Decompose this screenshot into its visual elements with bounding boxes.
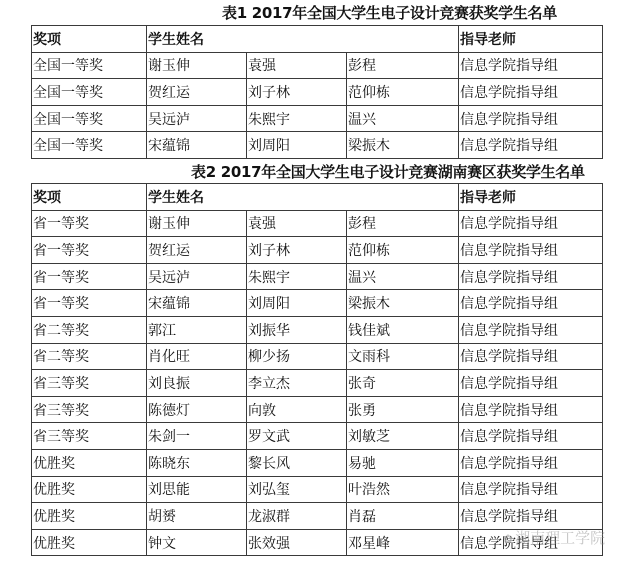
cell-student: 钟文 bbox=[147, 529, 247, 556]
table-row: 全国一等奖 谢玉伸 袁强 彭程 信息学院指导组 bbox=[32, 52, 603, 79]
cell-award: 省一等奖 bbox=[32, 210, 147, 237]
cell-award: 省三等奖 bbox=[32, 370, 147, 397]
cell-advisor: 信息学院指导组 bbox=[459, 396, 603, 423]
cell-student: 刘思能 bbox=[147, 476, 247, 503]
cell-advisor: 信息学院指导组 bbox=[459, 503, 603, 530]
cell-advisor: 信息学院指导组 bbox=[459, 79, 603, 106]
cell-award: 优胜奖 bbox=[32, 529, 147, 556]
cell-advisor: 信息学院指导组 bbox=[459, 343, 603, 370]
cell-student: 郭江 bbox=[147, 316, 247, 343]
cell-student: 刘敏芝 bbox=[347, 423, 459, 450]
cell-student: 宋蕴锦 bbox=[147, 132, 247, 159]
cell-student: 范仰栋 bbox=[347, 79, 459, 106]
header-award: 奖项 bbox=[32, 184, 147, 211]
table-row: 省一等奖 贺红运 刘子林 范仰栋 信息学院指导组 bbox=[32, 237, 603, 264]
cell-student: 贺红运 bbox=[147, 237, 247, 264]
cell-student: 易驰 bbox=[347, 449, 459, 476]
table2-title: 表2 2017年全国大学生电子设计竞赛湖南赛区获奖学生名单 bbox=[191, 161, 585, 182]
table-row: 省一等奖 宋蕴锦 刘周阳 梁振木 信息学院指导组 bbox=[32, 290, 603, 317]
cell-student: 彭程 bbox=[347, 52, 459, 79]
cell-student: 张勇 bbox=[347, 396, 459, 423]
cell-advisor: 信息学院指导组 bbox=[459, 237, 603, 264]
cell-advisor: 信息学院指导组 bbox=[459, 105, 603, 132]
cell-student: 刘良振 bbox=[147, 370, 247, 397]
cell-advisor: 信息学院指导组 bbox=[459, 449, 603, 476]
table-header-row: 奖项 学生姓名 指导老师 bbox=[32, 184, 603, 211]
cell-student: 谢玉伸 bbox=[147, 210, 247, 237]
cell-award: 省一等奖 bbox=[32, 263, 147, 290]
table-row: 优胜奖 刘思能 刘弘玺 叶浩然 信息学院指导组 bbox=[32, 476, 603, 503]
watermark: ✿湖南理工学院 bbox=[503, 527, 605, 548]
cell-student: 朱熙宇 bbox=[247, 105, 347, 132]
cell-advisor: 信息学院指导组 bbox=[459, 476, 603, 503]
table2-award-list: 奖项 学生姓名 指导老师 省一等奖 谢玉伸 袁强 彭程 信息学院指导组 省一等奖… bbox=[31, 183, 603, 556]
cell-advisor: 信息学院指导组 bbox=[459, 263, 603, 290]
cell-advisor: 信息学院指导组 bbox=[459, 316, 603, 343]
cell-student: 刘子林 bbox=[247, 237, 347, 264]
cell-student: 朱剑一 bbox=[147, 423, 247, 450]
cell-award: 省一等奖 bbox=[32, 237, 147, 264]
header-students: 学生姓名 bbox=[147, 26, 459, 53]
cell-student: 彭程 bbox=[347, 210, 459, 237]
cell-student: 刘周阳 bbox=[247, 290, 347, 317]
table-row: 省一等奖 吴远泸 朱熙宇 温兴 信息学院指导组 bbox=[32, 263, 603, 290]
cell-student: 刘子林 bbox=[247, 79, 347, 106]
cell-advisor: 信息学院指导组 bbox=[459, 210, 603, 237]
cell-student: 温兴 bbox=[347, 105, 459, 132]
cell-student: 刘周阳 bbox=[247, 132, 347, 159]
table-row: 省二等奖 郭江 刘振华 钱佳斌 信息学院指导组 bbox=[32, 316, 603, 343]
cell-student: 张效强 bbox=[247, 529, 347, 556]
cell-award: 省一等奖 bbox=[32, 290, 147, 317]
cell-advisor: 信息学院指导组 bbox=[459, 423, 603, 450]
cell-award: 省三等奖 bbox=[32, 396, 147, 423]
cell-student: 向敦 bbox=[247, 396, 347, 423]
cell-student: 吴远泸 bbox=[147, 263, 247, 290]
header-award: 奖项 bbox=[32, 26, 147, 53]
wechat-icon: ✿ bbox=[503, 532, 513, 546]
cell-student: 钱佳斌 bbox=[347, 316, 459, 343]
cell-student: 谢玉伸 bbox=[147, 52, 247, 79]
cell-award: 省二等奖 bbox=[32, 316, 147, 343]
table1-title: 表1 2017年全国大学生电子设计竞赛获奖学生名单 bbox=[222, 2, 557, 23]
cell-student: 张奇 bbox=[347, 370, 459, 397]
cell-award: 省三等奖 bbox=[32, 423, 147, 450]
table1-award-list: 奖项 学生姓名 指导老师 全国一等奖 谢玉伸 袁强 彭程 信息学院指导组 全国一… bbox=[31, 25, 603, 159]
cell-award: 全国一等奖 bbox=[32, 79, 147, 106]
cell-student: 宋蕴锦 bbox=[147, 290, 247, 317]
table-row: 省三等奖 刘良振 李立杰 张奇 信息学院指导组 bbox=[32, 370, 603, 397]
table-row: 省一等奖 谢玉伸 袁强 彭程 信息学院指导组 bbox=[32, 210, 603, 237]
table-row: 全国一等奖 贺红运 刘子林 范仰栋 信息学院指导组 bbox=[32, 79, 603, 106]
table-header-row: 奖项 学生姓名 指导老师 bbox=[32, 26, 603, 53]
header-students: 学生姓名 bbox=[147, 184, 459, 211]
table-row: 全国一等奖 吴远泸 朱熙宇 温兴 信息学院指导组 bbox=[32, 105, 603, 132]
cell-student: 罗文武 bbox=[247, 423, 347, 450]
cell-student: 肖化旺 bbox=[147, 343, 247, 370]
cell-student: 胡赟 bbox=[147, 503, 247, 530]
cell-student: 梁振木 bbox=[347, 290, 459, 317]
cell-student: 叶浩然 bbox=[347, 476, 459, 503]
cell-student: 温兴 bbox=[347, 263, 459, 290]
table-row: 全国一等奖 宋蕴锦 刘周阳 梁振木 信息学院指导组 bbox=[32, 132, 603, 159]
header-advisor: 指导老师 bbox=[459, 184, 603, 211]
cell-student: 龙淑群 bbox=[247, 503, 347, 530]
cell-student: 范仰栋 bbox=[347, 237, 459, 264]
cell-student: 邓星峰 bbox=[347, 529, 459, 556]
cell-student: 刘弘玺 bbox=[247, 476, 347, 503]
cell-student: 柳少扬 bbox=[247, 343, 347, 370]
table-row: 优胜奖 陈晓东 黎长风 易驰 信息学院指导组 bbox=[32, 449, 603, 476]
header-advisor: 指导老师 bbox=[459, 26, 603, 53]
table-row: 省三等奖 陈德灯 向敦 张勇 信息学院指导组 bbox=[32, 396, 603, 423]
cell-advisor: 信息学院指导组 bbox=[459, 370, 603, 397]
cell-student: 陈德灯 bbox=[147, 396, 247, 423]
watermark-text: 湖南理工学院 bbox=[515, 529, 605, 547]
cell-student: 陈晓东 bbox=[147, 449, 247, 476]
cell-award: 全国一等奖 bbox=[32, 132, 147, 159]
cell-award: 优胜奖 bbox=[32, 503, 147, 530]
cell-student: 肖磊 bbox=[347, 503, 459, 530]
cell-advisor: 信息学院指导组 bbox=[459, 52, 603, 79]
cell-student: 刘振华 bbox=[247, 316, 347, 343]
table-row: 省二等奖 肖化旺 柳少扬 文雨科 信息学院指导组 bbox=[32, 343, 603, 370]
cell-award: 优胜奖 bbox=[32, 476, 147, 503]
cell-student: 袁强 bbox=[247, 210, 347, 237]
cell-award: 省二等奖 bbox=[32, 343, 147, 370]
cell-advisor: 信息学院指导组 bbox=[459, 290, 603, 317]
cell-student: 文雨科 bbox=[347, 343, 459, 370]
cell-student: 袁强 bbox=[247, 52, 347, 79]
table-row: 省三等奖 朱剑一 罗文武 刘敏芝 信息学院指导组 bbox=[32, 423, 603, 450]
cell-award: 优胜奖 bbox=[32, 449, 147, 476]
cell-award: 全国一等奖 bbox=[32, 52, 147, 79]
cell-award: 全国一等奖 bbox=[32, 105, 147, 132]
cell-student: 黎长风 bbox=[247, 449, 347, 476]
cell-student: 梁振木 bbox=[347, 132, 459, 159]
cell-student: 吴远泸 bbox=[147, 105, 247, 132]
cell-student: 贺红运 bbox=[147, 79, 247, 106]
table-row: 优胜奖 胡赟 龙淑群 肖磊 信息学院指导组 bbox=[32, 503, 603, 530]
cell-student: 李立杰 bbox=[247, 370, 347, 397]
cell-advisor: 信息学院指导组 bbox=[459, 132, 603, 159]
cell-student: 朱熙宇 bbox=[247, 263, 347, 290]
